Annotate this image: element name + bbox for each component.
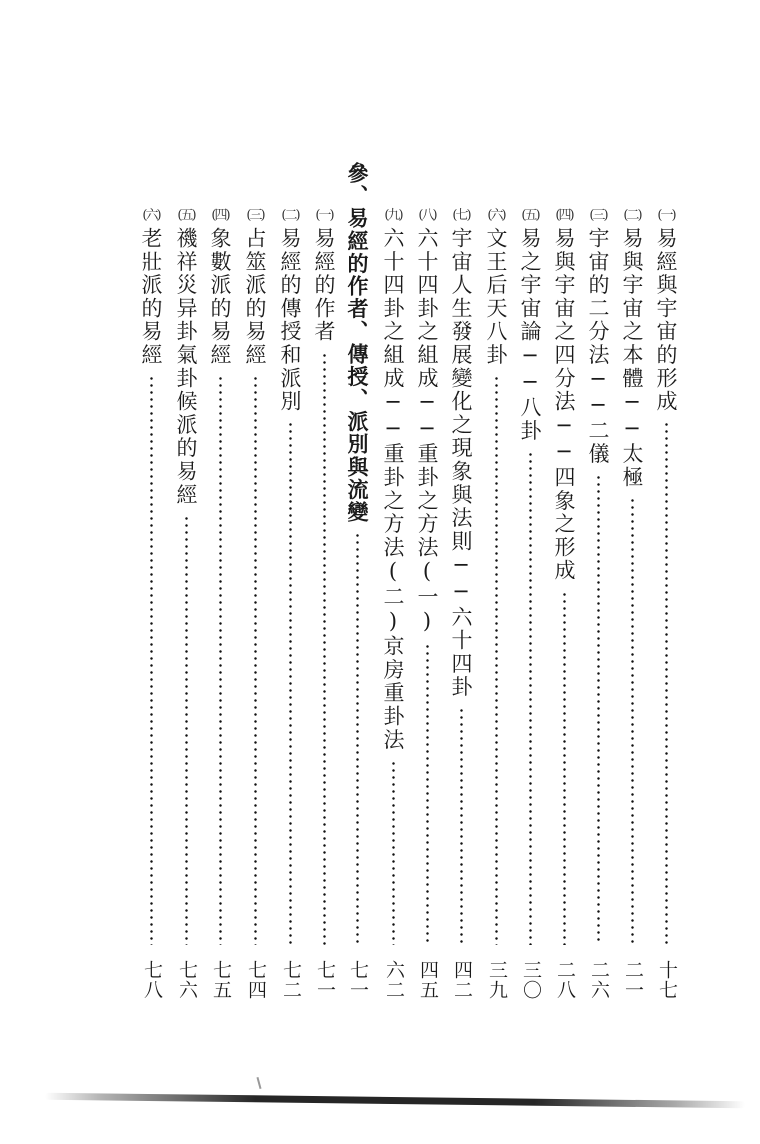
toc-entry[interactable]: (四) 象數派的易經 <box>207 207 233 945</box>
entry-marker: (一) <box>315 207 332 227</box>
dot-leader <box>563 591 566 946</box>
entry-title: 禨祥災异卦氣卦候派的易經 <box>173 227 199 507</box>
toc-entry[interactable]: (九) 六十四卦之組成──重卦之方法(二)京房重卦法 <box>380 207 406 945</box>
entry-title: 占筮派的易經 <box>242 227 268 367</box>
chapter-heading[interactable]: 參、易經的作者、傳授、派別與流變 <box>344 162 370 945</box>
entry-marker: (三) <box>589 207 606 227</box>
entry-title: 六十四卦之組成──重卦之方法(二)京房重卦法 <box>380 227 406 752</box>
toc-entry[interactable]: (一) 易經與宇宙的形成 <box>653 207 679 945</box>
dot-leader <box>460 707 463 945</box>
toc-entry[interactable]: (一) 易經的作者 <box>311 207 337 945</box>
entry-page-number: 七二 <box>277 960 303 1000</box>
entry-title: 老壯派的易經 <box>138 227 164 367</box>
entry-page-number: 七八 <box>138 960 164 1000</box>
entry-page-number: 四二 <box>448 960 474 1000</box>
entry-page-number: 七六 <box>173 960 199 1000</box>
toc-entry[interactable]: (三) 宇宙的二分法──二儀 <box>585 207 611 945</box>
entry-marker: (五) <box>521 207 538 227</box>
dot-leader <box>254 375 257 945</box>
entry-marker: (二) <box>623 207 640 227</box>
entry-page-number: 七五 <box>207 960 233 1000</box>
toc-entry[interactable]: (六) 老壯派的易經 <box>138 207 164 945</box>
chapter-heading-page-number: 七一 <box>344 960 370 1000</box>
entry-marker: (一) <box>657 207 674 227</box>
entry-title: 象數派的易經 <box>207 227 233 367</box>
entry-title: 易經的傳授和派別 <box>277 227 303 413</box>
dot-leader <box>665 421 668 945</box>
entry-page-number: 四五 <box>414 960 440 1000</box>
entry-marker: (三) <box>246 207 263 227</box>
entry-page-number: 七一 <box>311 960 337 1000</box>
dot-leader <box>219 375 222 945</box>
entry-page-number: 七四 <box>242 960 268 1000</box>
dot-leader <box>356 532 359 945</box>
table-of-contents: (一) 易經與宇宙的形成 十七 (二) 易與宇宙之本體──太極 二一 (三) 宇… <box>0 0 760 1144</box>
toc-entry[interactable]: (八) 六十四卦之組成──重卦之方法(一) <box>414 207 440 945</box>
dot-leader <box>426 643 429 945</box>
entry-title: 宇宙人生發展變化之現象與法則──六十四卦 <box>448 227 474 699</box>
entry-page-number: 十七 <box>653 960 679 1000</box>
toc-entry[interactable]: (五) 禨祥災异卦氣卦候派的易經 <box>173 207 199 945</box>
chapter-heading-title: 參、易經的作者、傳授、派別與流變 <box>344 162 370 524</box>
toc-entry[interactable]: (七) 宇宙人生發展變化之現象與法則──六十四卦 <box>448 207 474 945</box>
entry-title: 易經與宇宙的形成 <box>653 227 679 413</box>
entry-page-number: 二八 <box>551 960 577 1000</box>
dot-leader <box>529 451 532 945</box>
entry-title: 文王后天八卦 <box>483 227 509 367</box>
entry-title: 易經的作者 <box>311 227 337 344</box>
entry-title: 易與宇宙之本體──太極 <box>619 227 645 489</box>
dot-leader <box>495 375 498 945</box>
entry-page-number: 三〇 <box>517 960 543 1000</box>
scan-artifact <box>256 1077 261 1089</box>
dot-leader <box>289 421 292 945</box>
dot-leader <box>392 760 395 945</box>
entry-page-number: 三九 <box>483 960 509 1000</box>
entry-marker: (四) <box>211 207 228 227</box>
toc-entry[interactable]: (二) 易與宇宙之本體──太極 <box>619 207 645 945</box>
entry-marker: (五) <box>177 207 194 227</box>
dot-leader <box>631 497 634 945</box>
dot-leader <box>597 474 600 945</box>
entry-marker: (六) <box>142 207 159 227</box>
dot-leader <box>323 352 326 946</box>
entry-marker: (七) <box>452 207 469 227</box>
entry-page-number: 二六 <box>585 960 611 1000</box>
entry-title: 宇宙的二分法──二儀 <box>585 227 611 466</box>
entry-marker: (九) <box>384 207 401 227</box>
toc-entry[interactable]: (五) 易之宇宙論──八卦 <box>517 207 543 945</box>
entry-page-number: 二一 <box>619 960 645 1000</box>
entry-title: 易之宇宙論──八卦 <box>517 227 543 443</box>
toc-entry[interactable]: (三) 占筮派的易經 <box>242 207 268 945</box>
toc-entry[interactable]: (六) 文王后天八卦 <box>483 207 509 945</box>
toc-entry[interactable]: (二) 易經的傳授和派別 <box>277 207 303 945</box>
entry-marker: (六) <box>487 207 504 227</box>
toc-entry[interactable]: (四) 易與宇宙之四分法──四象之形成 <box>551 207 577 945</box>
entry-marker: (八) <box>418 207 435 227</box>
dot-leader <box>150 375 153 945</box>
entry-marker: (二) <box>281 207 298 227</box>
entry-page-number: 六二 <box>380 960 406 1000</box>
entry-marker: (四) <box>555 207 572 227</box>
entry-title: 六十四卦之組成──重卦之方法(一) <box>414 227 440 635</box>
entry-title: 易與宇宙之四分法──四象之形成 <box>551 227 577 583</box>
dot-leader <box>185 515 188 945</box>
scan-edge-shadow <box>45 1093 745 1109</box>
